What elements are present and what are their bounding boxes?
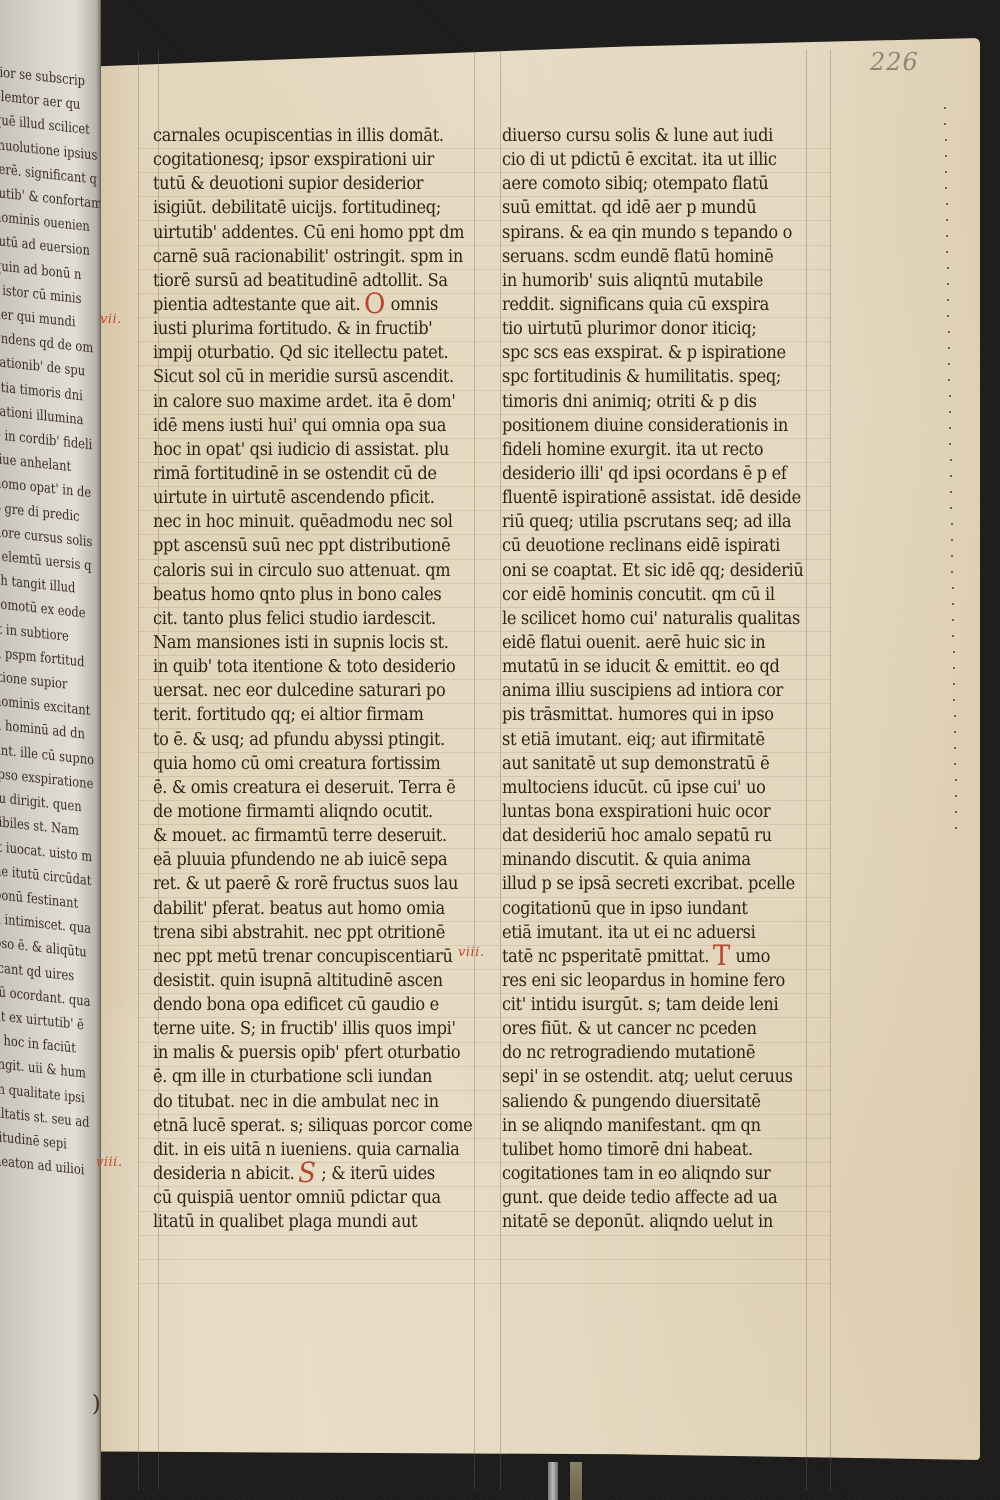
line-text: & mouet. ac firmamtū terre deseruit. — [153, 826, 447, 846]
text-line: cū deuotione reclinans eidē ispirati — [502, 534, 777, 558]
line-text: ē. qm ille in cturbatione scli iundan — [153, 1067, 432, 1087]
pricking-mark — [952, 603, 954, 605]
pricking-mark — [950, 491, 952, 493]
verso-text: rior se subscripelemtor aer ququē illud … — [0, 60, 101, 1173]
line-text: Sicut sol cū in meridie sursū ascendit. — [153, 367, 454, 387]
line-text: beatus homo qnto plus in bono cales — [153, 585, 441, 605]
line-text: terne uite. S; in fructib' illis quos im… — [153, 1019, 456, 1039]
pricking-mark — [952, 619, 954, 621]
pricking-mark — [954, 747, 956, 749]
text-line: diuerso cursu solis & lune aut iudi — [502, 124, 777, 148]
line-text: eidē flatui ouenit. aerē huic sic in — [502, 633, 765, 653]
line-text: cū quispiā uentor omniū pdictar qua — [153, 1188, 441, 1208]
text-line: ē. & omis creatura ei deseruit. Terra ē — [153, 776, 443, 800]
line-text: dabilit' pferat. beatus aut homo omia — [153, 899, 445, 919]
text-line: illud p se ipsā secreti excribat. pcelle — [502, 872, 777, 896]
text-line: quia homo cū omi creatura fortissim — [153, 752, 443, 776]
text-line: beatus homo qnto plus in bono cales — [153, 583, 443, 607]
line-text: oni se coaptat. Et sic idē qq; desideriū — [502, 561, 803, 581]
line-text: uersat. nec eor dulcedine saturari po — [153, 681, 445, 701]
pricking-mark — [955, 779, 957, 781]
pricking-mark — [945, 171, 947, 173]
line-text: trena sibi abstrahit. nec ppt otritionē — [153, 923, 445, 943]
text-line: desistit. quin isupnā altitudinē ascen — [153, 969, 443, 993]
text-line: tutū & deuotioni supior desiderior — [153, 172, 443, 196]
text-line: Nam mansiones isti in supnis locis st. — [153, 631, 443, 655]
pricking-mark — [949, 427, 951, 429]
pricking-mark — [950, 475, 952, 477]
line-text: ē. & omis creatura ei deseruit. Terra ē — [153, 778, 456, 798]
text-line: tulibet homo timorē dni habeat. — [502, 1138, 777, 1162]
line-text: impij oturbatio. Qd sic itellectu patet. — [153, 343, 448, 363]
pricking-mark — [948, 347, 950, 349]
line-text: cor eidē hominis concutit. qm cū il — [502, 585, 775, 605]
verso-bracket-mark: ) — [92, 1392, 101, 1417]
line-text: iusti plurima fortitudo. & in fructib' — [153, 319, 432, 339]
line-text: reddit. significans quia cū exspira — [502, 295, 769, 315]
text-line: cio di ut pdictū ē excitat. ita ut illic — [502, 148, 777, 172]
line-text: positionem diuine considerationis in — [502, 416, 788, 436]
bookmark-ribbon — [570, 1462, 582, 1500]
pricking-mark — [945, 155, 947, 157]
text-line: eidē flatui ouenit. aerē huic sic in — [502, 631, 777, 655]
text-line: eā pluuia pfundendo ne ab iuicē sepa — [153, 848, 443, 872]
line-text: uirtute in uirtutē ascendendo pficit. — [153, 488, 435, 508]
pricking-mark — [951, 523, 953, 525]
pricking-mark — [955, 795, 957, 797]
line-text: etnā lucē sperat. s; siliquas porcor com… — [153, 1116, 472, 1136]
text-line: tatē nc psperitatē pmittat.Tumo — [502, 945, 777, 969]
line-text: carnē suā racionabilit' ostringit. spm i… — [153, 247, 463, 267]
text-line: terit. fortitudo qq; ei altior firmam — [153, 703, 443, 727]
text-line: le scilicet homo cui' naturalis qualitas — [502, 607, 777, 631]
line-text: cogitationū que in ipso iundant — [502, 899, 748, 919]
text-line: anima illiu suscipiens ad intiora cor — [502, 679, 777, 703]
line-text: spirans. & ea qin mundo s tepando o — [502, 223, 792, 243]
text-line: carnē suā racionabilit' ostringit. spm i… — [153, 245, 443, 269]
verso-page-fragment: rior se subscripelemtor aer ququē illud … — [0, 0, 101, 1500]
ruling-line — [474, 50, 475, 1490]
line-text: timoris dni animiq; otriti & p dis — [502, 392, 757, 412]
ruling-line — [806, 50, 807, 1490]
line-text: rimā fortitudinē in se ostendit cū de — [153, 464, 437, 484]
line-text: tiorē sursū ad beatitudinē adtollit. Sa — [153, 271, 448, 291]
ruling-line — [138, 1235, 830, 1236]
pricking-mark — [954, 731, 956, 733]
line-text: do titubat. nec in die ambulat nec in — [153, 1092, 439, 1112]
line-text: dendo bona opa edificet cū gaudio e — [153, 995, 439, 1015]
line-text: illud p se ipsā secreti excribat. pcelle — [502, 874, 795, 894]
text-line: caloris sui in circulo suo attenuat. qm — [153, 559, 443, 583]
text-line: nitatē se deponūt. aliqndo uelut in — [502, 1210, 777, 1234]
text-line: nec in hoc minuit. quēadmodu nec sol — [153, 510, 443, 534]
text-line: saliendo & pungendo diuersitatē — [502, 1090, 777, 1114]
line-text: tatē nc psperitatē pmittat. — [502, 947, 709, 967]
line-text: cit' intidu isurgūt. s; tam deide leni — [502, 995, 778, 1015]
line-text: aere comoto sibiq; otempato flatū — [502, 174, 768, 194]
text-line: terne uite. S; in fructib' illis quos im… — [153, 1017, 443, 1041]
text-line: ppt ascensū suū nec ppt distributionē — [153, 534, 443, 558]
line-text: spc fortitudinis & humilitatis. speq; — [502, 367, 781, 387]
text-line: multociens iducūt. cū ipse cui' uo — [502, 776, 777, 800]
line-text: nec ppt metū trenar concupiscentiarū — [153, 947, 453, 967]
line-text: pientia adtestante que ait. — [153, 295, 360, 315]
text-line: in se aliqndo manifestant. qm qn — [502, 1114, 777, 1138]
line-text: quia homo cū omi creatura fortissim — [153, 754, 440, 774]
text-line: ē. qm ille in cturbatione scli iundan — [153, 1065, 443, 1089]
text-line: uirtutib' addentes. Cū eni homo ppt dm — [153, 221, 443, 245]
text-line: do nc retrogradiendo mutationē — [502, 1041, 777, 1065]
line-text: carnales ocupiscentias in illis domāt. — [153, 126, 444, 146]
line-text: idē mens iusti hui' qui omnia opa sua — [153, 416, 446, 436]
line-text: eā pluuia pfundendo ne ab iuicē sepa — [153, 850, 447, 870]
text-line: gunt. que deide tedio affecte ad ua — [502, 1186, 777, 1210]
pricking-mark — [947, 299, 949, 301]
line-text: hoc in opat' qsi iudicio di assistat. pl… — [153, 440, 449, 460]
pricking-mark — [944, 107, 946, 109]
rubricated-initial: O — [364, 294, 385, 314]
line-text: gunt. que deide tedio affecte ad ua — [502, 1188, 777, 1208]
pricking-mark — [951, 555, 953, 557]
pricking-mark — [946, 203, 948, 205]
text-line: riū queq; utilia pscrutans seq; ad illa — [502, 510, 777, 534]
line-text: ppt ascensū suū nec ppt distributionē — [153, 536, 450, 556]
text-line: in humorib' suis aliqntū mutabile — [502, 269, 777, 293]
line-text-continuation: umo — [736, 947, 771, 967]
line-text: tulibet homo timorē dni habeat. — [502, 1140, 753, 1160]
pricking-mark — [950, 459, 952, 461]
line-text: saliendo & pungendo diuersitatē — [502, 1092, 761, 1112]
chapter-numeral: viii. — [96, 1155, 122, 1170]
text-line: rimā fortitudinē in se ostendit cū de — [153, 462, 443, 486]
text-line: cogitationū que in ipso iundant — [502, 897, 777, 921]
text-line: in quib' tota itentione & toto desiderio — [153, 655, 443, 679]
text-line: carnales ocupiscentias in illis domāt. — [153, 124, 443, 148]
line-text: desideria n abicit. — [153, 1164, 294, 1184]
line-text: fluentē ispirationē assistat. idē deside — [502, 488, 801, 508]
pricking-mark — [951, 539, 953, 541]
text-line: cogitationes tam in eo aliqndo sur — [502, 1162, 777, 1186]
line-text: spc scs eas exspirat. & p ispiratione — [502, 343, 786, 363]
ruling-line — [830, 50, 831, 1490]
text-column-b: diuerso cursu solis & lune aut iudicio d… — [502, 124, 798, 1234]
line-text: to ē. & usq; ad pfundu abyssi ptingit. — [153, 730, 445, 750]
clasp-tab — [548, 1462, 558, 1500]
text-line: minando discutit. & quia anima — [502, 848, 777, 872]
text-line: dat desideriū hoc amalo sepatū ru — [502, 824, 777, 848]
text-line: desiderio illi' qd ipsi ocordans ē p ef — [502, 462, 777, 486]
line-text: terit. fortitudo qq; ei altior firmam — [153, 705, 423, 725]
pricking-mark — [953, 651, 955, 653]
ruling-line — [138, 50, 139, 1490]
text-line: suū emittat. qd idē aer p mundū — [502, 196, 777, 220]
line-text: tio uirtutū plurimor donor iticiq; — [502, 319, 757, 339]
text-line: timoris dni animiq; otriti & p dis — [502, 390, 777, 414]
line-text: pis trāsmittat. humores qui in ipso — [502, 705, 774, 725]
line-text: fideli homine exurgit. ita ut recto — [502, 440, 763, 460]
ruling-line — [138, 1283, 830, 1284]
text-line: mutatū in se iducit & emittit. eo qd — [502, 655, 777, 679]
text-line: desideria n abicit.S; & iterū uides — [153, 1162, 443, 1186]
line-text: in quib' tota itentione & toto desiderio — [153, 657, 455, 677]
text-line: tio uirtutū plurimor donor iticiq; — [502, 317, 777, 341]
line-text: minando discutit. & quia anima — [502, 850, 751, 870]
text-line: & mouet. ac firmamtū terre deseruit. — [153, 824, 443, 848]
line-text: in calore suo maxime ardet. ita ē dom' — [153, 392, 455, 412]
line-text: uirtutib' addentes. Cū eni homo ppt dm — [153, 223, 464, 243]
line-text: desiderio illi' qd ipsi ocordans ē p ef — [502, 464, 787, 484]
text-line: in malis & puersis opib' pfert oturbatio — [153, 1041, 443, 1065]
text-line: st etiā imutant. eiq; aut ifirmitatē — [502, 728, 777, 752]
pricking-mark — [946, 219, 948, 221]
line-text: riū queq; utilia pscrutans seq; ad illa — [502, 512, 791, 532]
line-text: le scilicet homo cui' naturalis qualitas — [502, 609, 800, 629]
line-text: cit. tanto plus felici studio iardescit. — [153, 609, 436, 629]
text-line: spirans. & ea qin mundo s tepando o — [502, 221, 777, 245]
pricking-mark — [949, 395, 951, 397]
text-line: aut sanitatē ut sup demonstratū ē — [502, 752, 777, 776]
text-line: do titubat. nec in die ambulat nec in — [153, 1090, 443, 1114]
text-line: oni se coaptat. Et sic idē qq; desideriū — [502, 559, 777, 583]
line-text: aut sanitatē ut sup demonstratū ē — [502, 754, 769, 774]
text-line: pis trāsmittat. humores qui in ipso — [502, 703, 777, 727]
text-line: impij oturbatio. Qd sic itellectu patet. — [153, 341, 443, 365]
text-line: reddit. significans quia cū exspira — [502, 293, 777, 317]
line-text: cio di ut pdictū ē excitat. ita ut illic — [502, 150, 777, 170]
text-line: hoc in opat' qsi iudicio di assistat. pl… — [153, 438, 443, 462]
rubricated-initial: S — [298, 1163, 316, 1183]
line-text: mutatū in se iducit & emittit. eo qd — [502, 657, 780, 677]
line-text: litatū in qualibet plaga mundi aut — [153, 1212, 417, 1232]
text-line: uersat. nec eor dulcedine saturari po — [153, 679, 443, 703]
line-text: sepi' in se ostendit. atq; uelut ceruus — [502, 1067, 793, 1087]
line-text: desistit. quin isupnā altitudinē ascen — [153, 971, 443, 991]
line-text: in humorib' suis aliqntū mutabile — [502, 271, 763, 291]
chapter-numeral: vii. — [100, 312, 122, 327]
text-line: luntas bona exspirationi huic ocor — [502, 800, 777, 824]
ruling-line — [500, 50, 501, 1490]
text-line: aere comoto sibiq; otempato flatū — [502, 172, 777, 196]
text-line: ret. & ut paerē & rorē fructus suos lau — [153, 872, 443, 896]
text-line: fluentē ispirationē assistat. idē deside — [502, 486, 777, 510]
text-line: de motione firmamti aliqndo ocutit. — [153, 800, 443, 824]
line-text: in se aliqndo manifestant. qm qn — [502, 1116, 761, 1136]
line-text: ret. & ut paerē & rorē fructus suos lau — [153, 874, 458, 894]
line-text: de motione firmamti aliqndo ocutit. — [153, 802, 433, 822]
text-line: seruans. scdm eundē flatū hominē — [502, 245, 777, 269]
folio-number: 226 — [870, 48, 919, 76]
line-text: tutū & deuotioni supior desiderior — [153, 174, 423, 194]
line-text-continuation: omnis — [391, 295, 438, 315]
line-text: cū deuotione reclinans eidē ispirati — [502, 536, 780, 556]
text-line: positionem diuine considerationis in — [502, 414, 777, 438]
text-line: idē mens iusti hui' qui omnia opa sua — [153, 414, 443, 438]
text-line: tiorē sursū ad beatitudinē adtollit. Sa — [153, 269, 443, 293]
text-line: dabilit' pferat. beatus aut homo omia — [153, 897, 443, 921]
text-line: spc fortitudinis & humilitatis. speq; — [502, 365, 777, 389]
text-line: cogitationesq; ipsor exspirationi uir — [153, 148, 443, 172]
pricking-mark — [945, 139, 947, 141]
text-line: iusti plurima fortitudo. & in fructib' — [153, 317, 443, 341]
pricking-mark — [952, 587, 954, 589]
text-line: ores fiūt. & ut cancer nc pceden — [502, 1017, 777, 1041]
text-line: uirtute in uirtutē ascendendo pficit. — [153, 486, 443, 510]
text-line: cit. tanto plus felici studio iardescit. — [153, 607, 443, 631]
line-text: luntas bona exspirationi huic ocor — [502, 802, 770, 822]
pricking-mark — [947, 283, 949, 285]
text-line: trena sibi abstrahit. nec ppt otritionē — [153, 921, 443, 945]
line-text: cogitationes tam in eo aliqndo sur — [502, 1164, 770, 1184]
line-text: cogitationesq; ipsor exspirationi uir — [153, 150, 434, 170]
pricking-mark — [946, 235, 948, 237]
line-text: Nam mansiones isti in supnis locis st. — [153, 633, 449, 653]
text-line: cit' intidu isurgūt. s; tam deide leni — [502, 993, 777, 1017]
ruling-line — [138, 1259, 830, 1260]
line-text: ores fiūt. & ut cancer nc pceden — [502, 1019, 757, 1039]
line-text: anima illiu suscipiens ad intiora cor — [502, 681, 783, 701]
line-text: nitatē se deponūt. aliqndo uelut in — [502, 1212, 773, 1232]
pricking-mark — [953, 683, 955, 685]
text-line: cor eidē hominis concutit. qm cū il — [502, 583, 777, 607]
text-line: in calore suo maxime ardet. ita ē dom' — [153, 390, 443, 414]
text-line: to ē. & usq; ad pfundu abyssi ptingit. — [153, 728, 443, 752]
line-text: seruans. scdm eundē flatū hominē — [502, 247, 773, 267]
text-line: dendo bona opa edificet cū gaudio e — [153, 993, 443, 1017]
line-text: nec in hoc minuit. quēadmodu nec sol — [153, 512, 453, 532]
pricking-mark — [948, 331, 950, 333]
chapter-numeral: viii. — [458, 945, 484, 960]
line-text: multociens iducūt. cū ipse cui' uo — [502, 778, 765, 798]
text-line: spc scs eas exspirat. & p ispiratione — [502, 341, 777, 365]
pricking-mark — [948, 363, 950, 365]
text-line: fideli homine exurgit. ita ut recto — [502, 438, 777, 462]
pricking-mark — [953, 667, 955, 669]
line-text: res eni sic leopardus in homine fero — [502, 971, 785, 991]
text-line: etiā imutant. ita ut ei nc aduersi — [502, 921, 777, 945]
text-line: sepi' in se ostendit. atq; uelut ceruus — [502, 1065, 777, 1089]
rubricated-initial: T — [713, 946, 730, 966]
pricking-mark — [954, 715, 956, 717]
pricking-mark — [955, 811, 957, 813]
line-text: isigiūt. debilitatē uicijs. fortitudineq… — [153, 198, 441, 218]
pricking-mark — [949, 411, 951, 413]
text-column-a: carnales ocupiscentias in illis domāt.co… — [153, 124, 465, 1234]
text-line: pientia adtestante que ait.Oomnis — [153, 293, 443, 317]
line-text-continuation: ; & iterū uides — [321, 1164, 435, 1184]
text-line: Sicut sol cū in meridie sursū ascendit. — [153, 365, 443, 389]
line-text: diuerso cursu solis & lune aut iudi — [502, 126, 773, 146]
text-line: res eni sic leopardus in homine fero — [502, 969, 777, 993]
text-line: litatū in qualibet plaga mundi aut — [153, 1210, 443, 1234]
line-text: suū emittat. qd idē aer p mundū — [502, 198, 756, 218]
line-text: do nc retrogradiendo mutationē — [502, 1043, 755, 1063]
line-text: in malis & puersis opib' pfert oturbatio — [153, 1043, 460, 1063]
pricking-mark — [947, 267, 949, 269]
text-line: cū quispiā uentor omniū pdictar qua — [153, 1186, 443, 1210]
text-line: nec ppt metū trenar concupiscentiarū — [153, 945, 443, 969]
line-text: caloris sui in circulo suo attenuat. qm — [153, 561, 450, 581]
text-line: isigiūt. debilitatē uicijs. fortitudineq… — [153, 196, 443, 220]
text-line: etnā lucē sperat. s; siliquas porcor com… — [153, 1114, 443, 1138]
line-text: dat desideriū hoc amalo sepatū ru — [502, 826, 772, 846]
line-text: st etiā imutant. eiq; aut ifirmitatē — [502, 730, 765, 750]
